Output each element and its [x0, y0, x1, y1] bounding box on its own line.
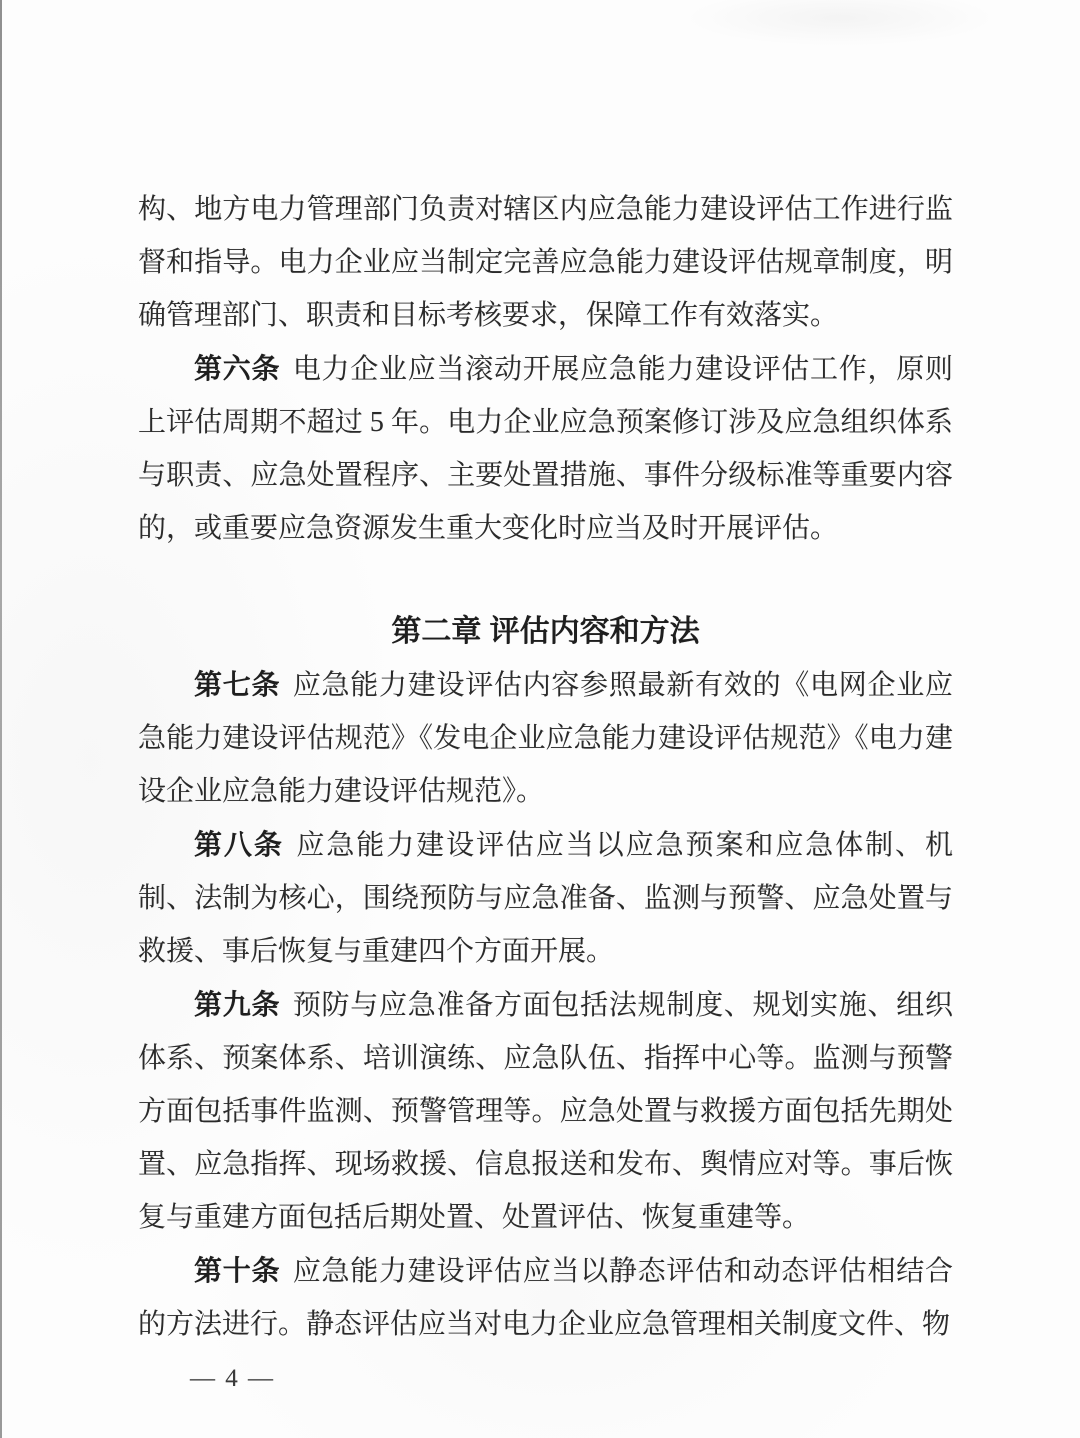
article-number-label: 第八条	[194, 829, 284, 860]
article-text: 预防与应急准备方面包括法规制度、规划实施、组织体系、预案体系、培训演练、应急队伍…	[138, 990, 953, 1233]
article-paragraph-6: 第六条电力企业应当滚动开展应急能力建设评估工作，原则上评估周期不超过 5 年。电…	[138, 342, 953, 555]
article-number-label: 第九条	[194, 989, 280, 1020]
paragraph-continuation: 构、地方电力管理部门负责对辖区内应急能力建设评估工作进行监督和指导。电力企业应当…	[138, 183, 953, 342]
scan-edge-line	[0, 0, 2, 1438]
paragraph-text: 构、地方电力管理部门负责对辖区内应急能力建设评估工作进行监督和指导。电力企业应当…	[138, 194, 953, 331]
article-number-label: 第七条	[194, 669, 280, 700]
article-number-label: 第六条	[194, 353, 280, 384]
article-paragraph-8: 第八条应急能力建设评估应当以应急预案和应急体制、机制、法制为核心，围绕预防与应急…	[138, 818, 953, 978]
page-content: 构、地方电力管理部门负责对辖区内应急能力建设评估工作进行监督和指导。电力企业应当…	[138, 0, 953, 1399]
page-number: — 4 —	[138, 1359, 953, 1399]
article-paragraph-9: 第九条预防与应急准备方面包括法规制度、规划实施、组织体系、预案体系、培训演练、应…	[138, 978, 953, 1244]
document-page: 构、地方电力管理部门负责对辖区内应急能力建设评估工作进行监督和指导。电力企业应当…	[0, 0, 1080, 1438]
chapter-heading: 第二章 评估内容和方法	[138, 605, 953, 658]
article-paragraph-7: 第七条应急能力建设评估内容参照最新有效的《电网企业应急能力建设评估规范》《发电企…	[138, 658, 953, 818]
article-paragraph-10: 第十条应急能力建设评估应当以静态评估和动态评估相结合的方法进行。静态评估应当对电…	[138, 1244, 953, 1351]
article-number-label: 第十条	[194, 1255, 280, 1286]
